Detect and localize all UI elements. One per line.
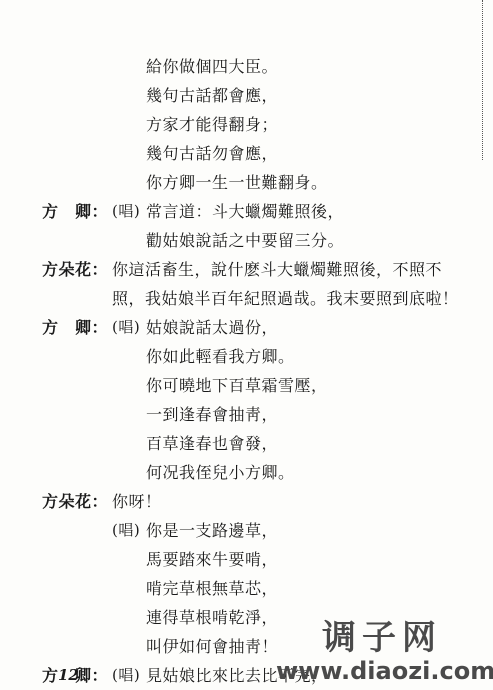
speaker-label: 方朵花： xyxy=(42,487,108,516)
verse-text: 方家才能得翻身； xyxy=(146,110,278,139)
verse-text: 啃完草根無草芯， xyxy=(146,574,278,603)
verse-text: 姑娘說話太過份， xyxy=(146,313,278,342)
verse-text: 百草逢春也會發， xyxy=(146,429,278,458)
dialogue-text: 你這活畜生，說什麽斗大蠟燭難照後，不照不 xyxy=(112,255,442,284)
verse-text: 常言道：斗大蠟燭難照後， xyxy=(146,197,344,226)
watermark-url: www.diaozi.com xyxy=(276,657,493,685)
sing-marker: (唱) xyxy=(112,313,140,342)
verse-text: 幾句古話都會應， xyxy=(146,81,278,110)
verse-text: 何况我侄兒小方卿。 xyxy=(146,458,295,487)
verse-text: 你可曉地下百草霜雪壓， xyxy=(146,371,328,400)
verse-text: 勸姑娘說話之中要留三分。 xyxy=(146,226,344,255)
page-number: 12 xyxy=(58,666,79,684)
speaker-label: 方 卿： xyxy=(42,197,108,226)
dialogue-text: 你呀！ xyxy=(112,487,162,516)
verse-text: 馬要踏來牛要啃， xyxy=(146,545,278,574)
verse-text: 你如此輕看我方卿。 xyxy=(146,342,295,371)
verse-text: 幾句古話勿會應， xyxy=(146,139,278,168)
sing-marker: (唱) xyxy=(112,661,140,690)
sing-marker: (唱) xyxy=(112,197,140,226)
sing-marker: (唱) xyxy=(112,516,140,545)
verse-text: 一到逢春會抽靑， xyxy=(146,400,278,429)
verse-text: 你是一支路邊草， xyxy=(146,516,278,545)
scan-edge-line xyxy=(482,0,483,160)
verse-text: 叫伊如何會抽靑！ xyxy=(146,632,278,661)
libretto-page: 給你做個四大臣。幾句古話都會應，方家才能得翻身；幾句古話勿會應，你方卿一生一世難… xyxy=(0,0,493,690)
verse-text: 給你做個四大臣。 xyxy=(146,52,278,81)
speaker-label: 方 卿： xyxy=(42,313,108,342)
dialogue-text: 照，我姑娘半百年紀照過哉。我末要照到底啦！ xyxy=(112,284,459,313)
verse-text: 連得草根啃乾淨， xyxy=(146,603,278,632)
watermark-logo-text: 调子网 xyxy=(322,610,442,659)
verse-text: 你方卿一生一世難翻身。 xyxy=(146,168,328,197)
speaker-label: 方朵花： xyxy=(42,255,108,284)
